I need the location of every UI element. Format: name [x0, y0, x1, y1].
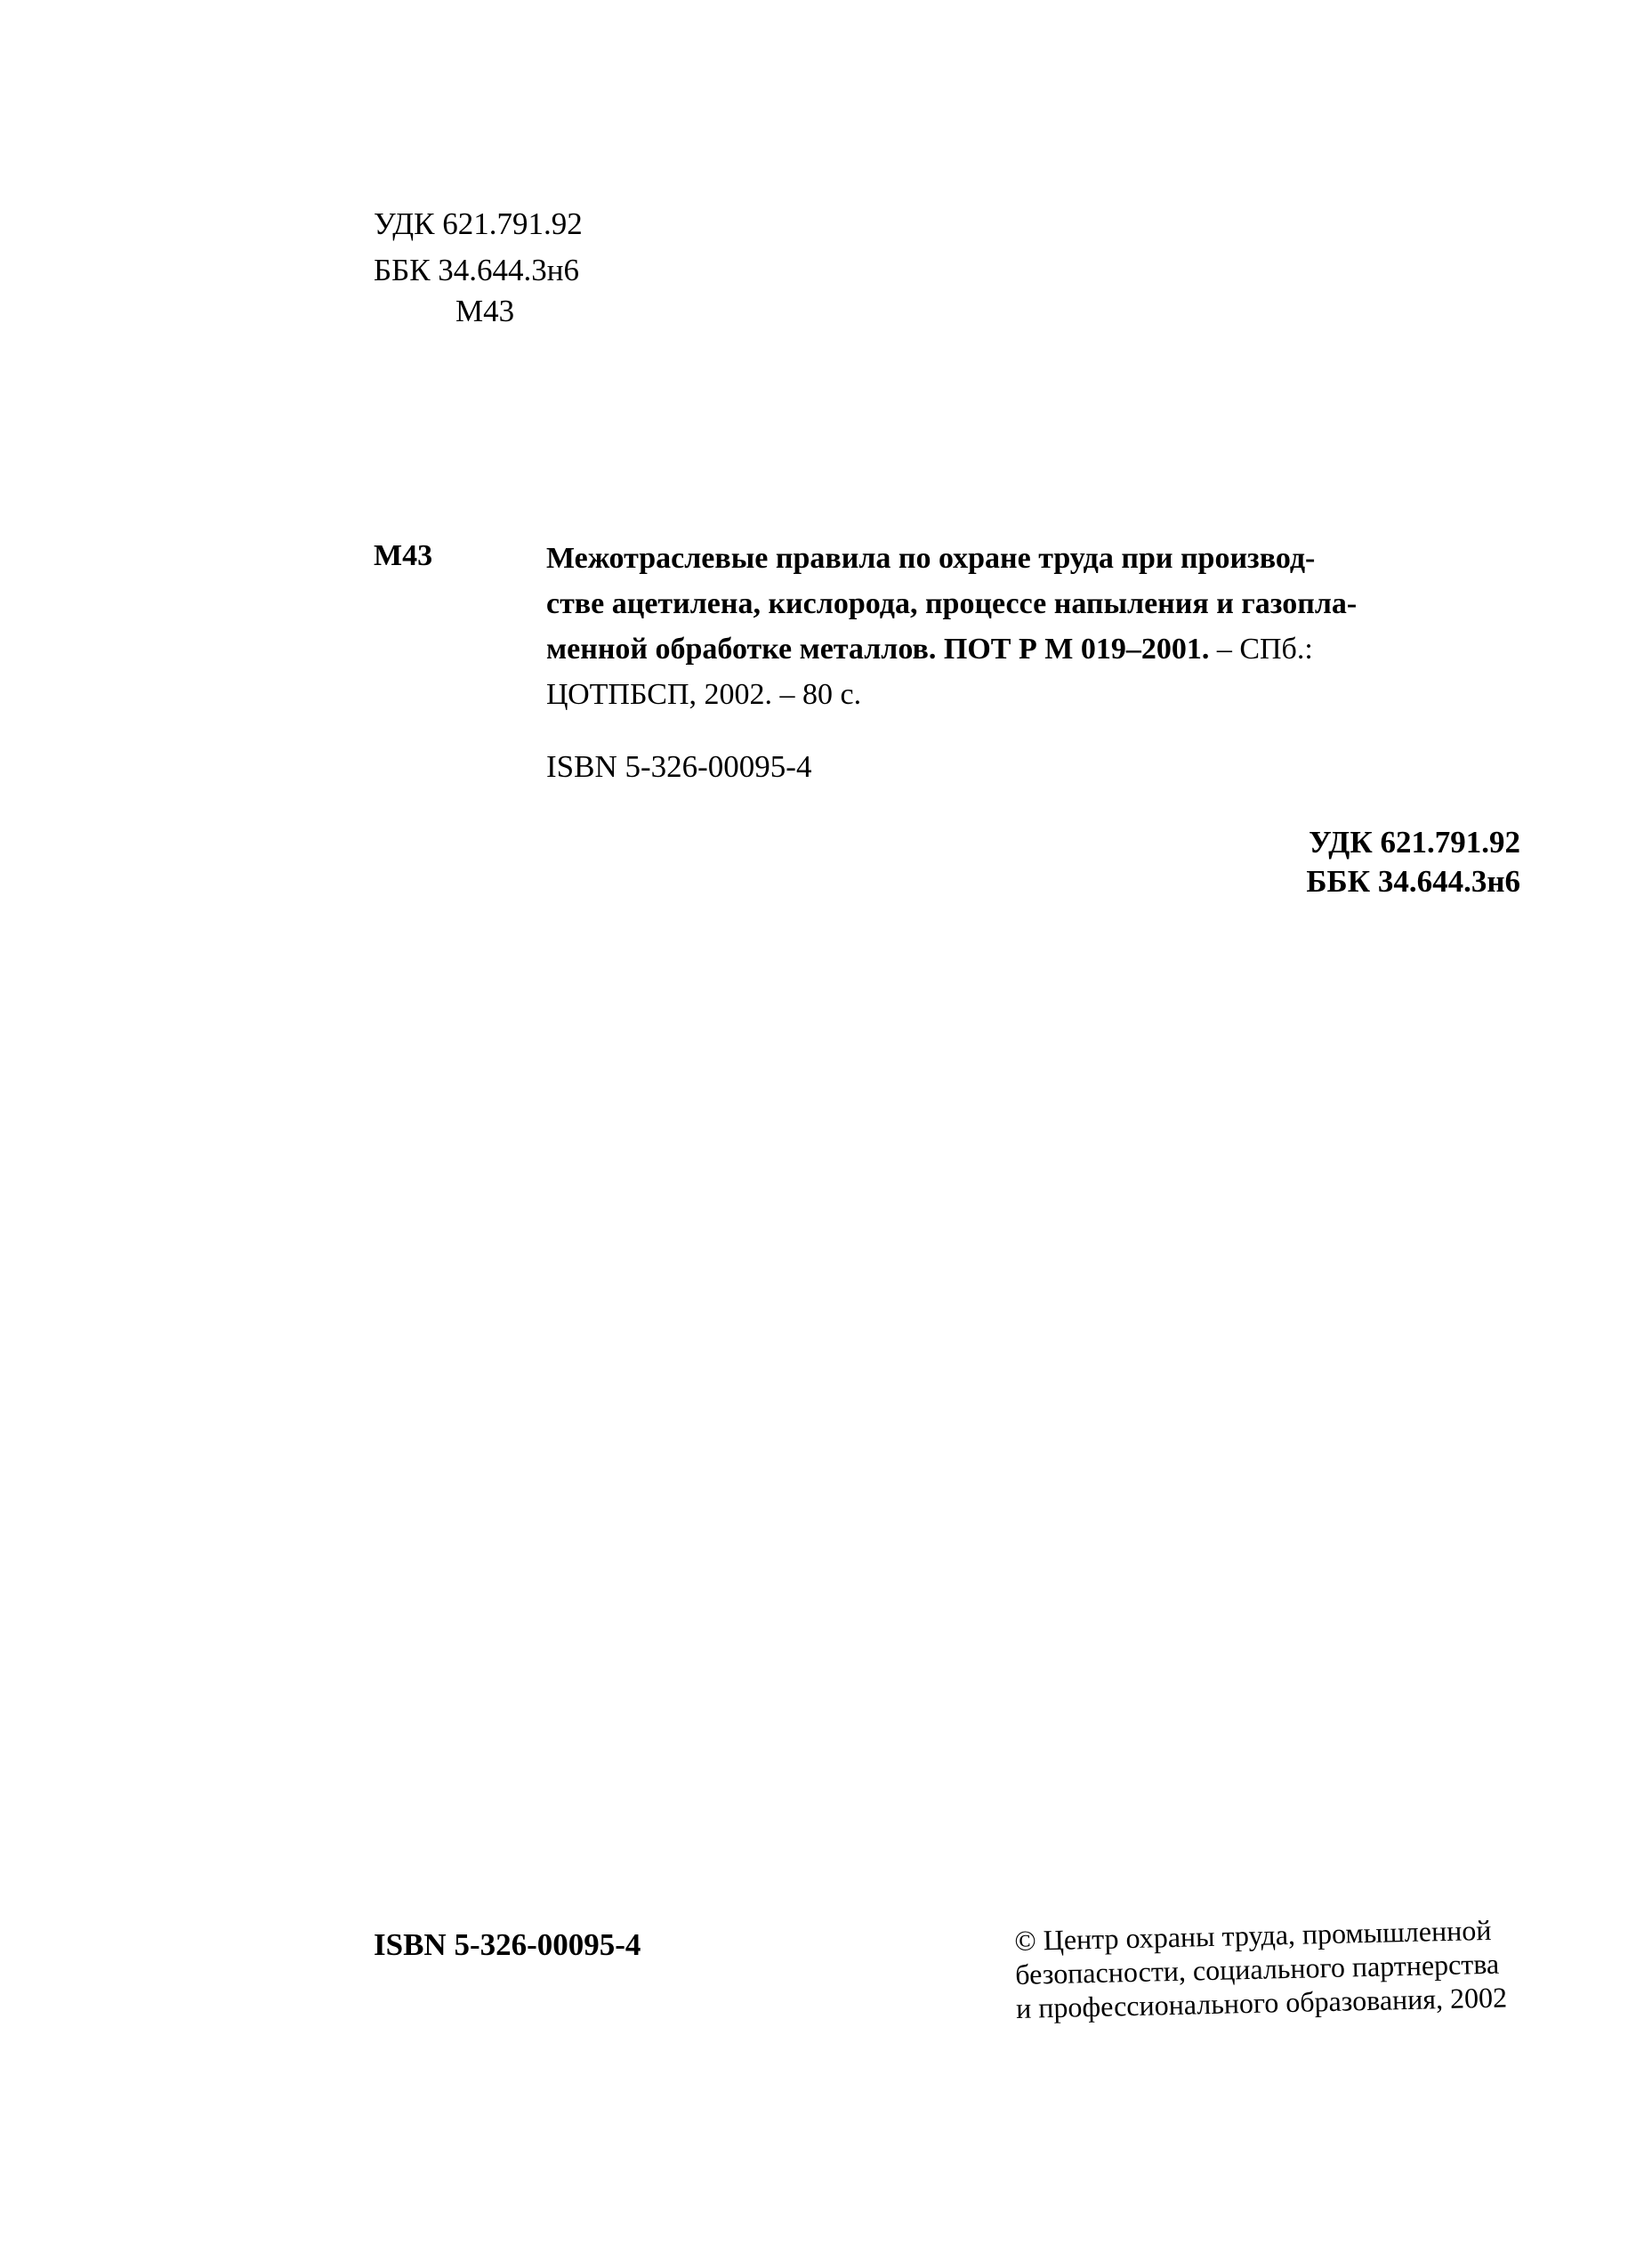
record-classification-codes: УДК 621.791.92 ББК 34.644.3н6 [1306, 823, 1520, 901]
header-author-sign: М43 [455, 294, 514, 329]
imprint-line: ЦОТПБСП, 2002. – 80 с. [546, 672, 1518, 717]
record-author-sign: М43 [374, 539, 432, 573]
imprint-place: – СПб.: [1209, 633, 1312, 666]
record-bbk-code: ББК 34.644.3н6 [1306, 862, 1520, 901]
header-bbk-code: ББК 34.644.3н6 [374, 253, 579, 288]
record-udk-code: УДК 621.791.92 [1306, 823, 1520, 862]
header-udk-code: УДК 621.791.92 [374, 206, 583, 242]
copyright-notice: © Центр охраны труда, промышленной безоп… [1014, 1912, 1507, 2024]
bibliographic-description: Межотраслевые правила по охране труда пр… [546, 536, 1518, 717]
title-line-3: менной обработке металлов. ПОТ Р М 019–2… [546, 626, 1518, 672]
title-line-3-text: менной обработке металлов. ПОТ Р М 019–2… [546, 633, 1209, 666]
title-line-1: Межотраслевые правила по охране труда пр… [546, 536, 1518, 581]
footer-isbn: ISBN 5-326-00095-4 [374, 1927, 641, 1963]
record-isbn: ISBN 5-326-00095-4 [546, 749, 811, 785]
title-line-2: стве ацетилена, кислорода, процессе напы… [546, 581, 1518, 626]
